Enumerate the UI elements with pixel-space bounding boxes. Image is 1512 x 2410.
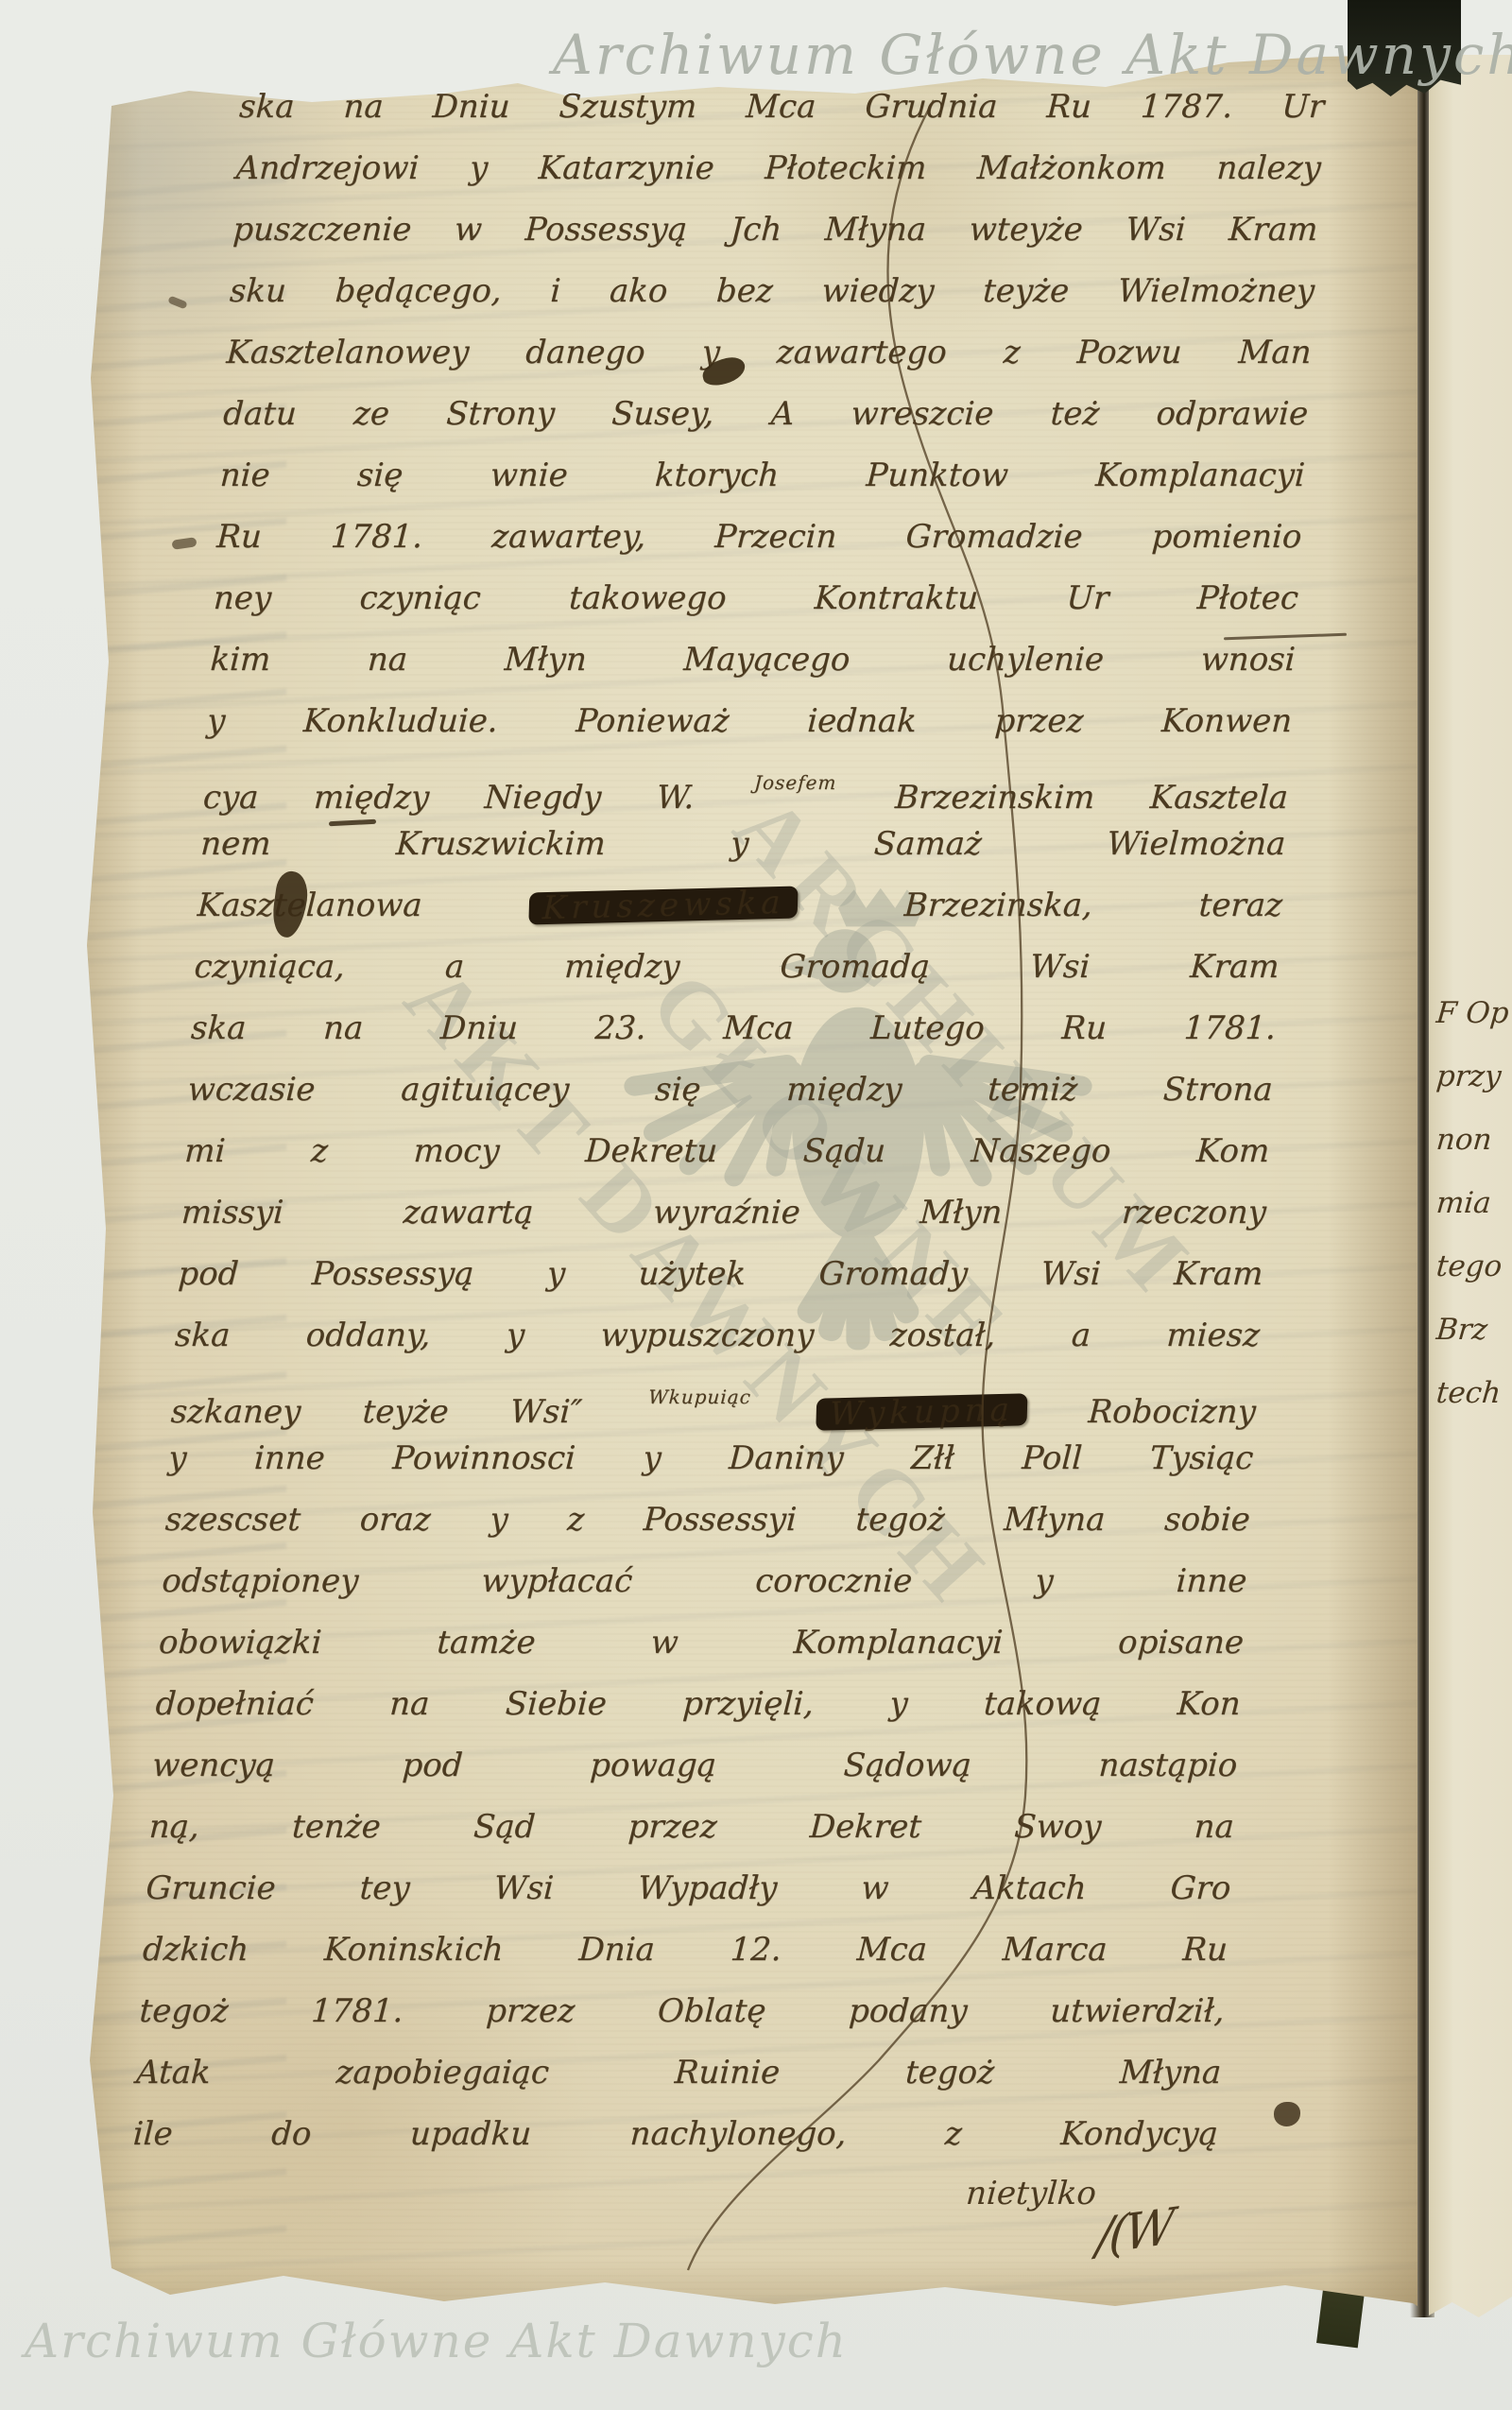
manuscript-text: Kasztelanowa — [197, 887, 423, 924]
manuscript-text: datu ze Strony Susey, A wreszcie też odp… — [222, 395, 1309, 433]
manuscript-text: wencyą pod powagą Sądową nastąpio — [151, 1747, 1238, 1784]
adjacent-page-sliver: F OpprzynonmiategoBrztech — [1429, 55, 1512, 2325]
manuscript-text: dzkich Koninskich Dnia 12. Mca Marca Ru — [142, 1931, 1228, 1969]
manuscript-line: wencyą pod powagą Sądową nastąpio — [151, 1735, 1239, 1797]
manuscript-line: Gruncie tey Wsi Wypadły w Aktach Gro — [145, 1858, 1232, 1919]
manuscript-lines: ska na Dniu Szustym Mca Grudnia Ru 1787.… — [131, 77, 1326, 2165]
manuscript-line: dopełniać na Siebie przyięli, y takową K… — [154, 1674, 1242, 1735]
manuscript-text: Brzezinskim Kasztela — [894, 779, 1289, 817]
manuscript-line: Kasztelanowey danego y zawartego z Pozwu… — [225, 322, 1313, 384]
manuscript-line: obowiązki tamże w Komplanacyi opisane — [157, 1612, 1245, 1674]
manuscript-line: odstąpioney wypłacać corocznie y inne — [161, 1551, 1248, 1612]
manuscript-text: ska na Dniu 23. Mca Lutego Ru 1781. — [190, 1009, 1277, 1047]
manuscript-line: ną, tenże Sąd przez Dekret Swoy na — [147, 1797, 1235, 1858]
manuscript-text: szkaney teyże Wsi″ — [170, 1393, 583, 1431]
manuscript-strike-word: Kruszewska — [528, 887, 799, 925]
manuscript-line: tegoż 1781. przez Oblatę podany utwierdz… — [138, 1981, 1226, 2042]
manuscript-text: nie się wnie ktorych Punktow Komplanacyi — [219, 456, 1306, 494]
manuscript-line: dzkich Koninskich Dnia 12. Mca Marca Ru — [141, 1919, 1228, 1981]
margin-fragment: Brz — [1435, 1312, 1510, 1348]
manuscript-text: pod Possessyą y użytek Gromady Wsi Kram — [177, 1255, 1263, 1293]
manuscript-line: nem Kruszwickim y Samaż Wielmożna — [199, 814, 1287, 875]
manuscript-line: cya między Niegdy W. Josefem Brzezinskim… — [202, 752, 1290, 814]
margin-fragment: non — [1435, 1122, 1510, 1158]
manuscript-line: szescset oraz y z Possessyi tegoż Młyna … — [163, 1489, 1251, 1551]
manuscript-text: Kasztelanowey danego y zawartego z Pozwu… — [226, 334, 1313, 371]
manuscript-line: y inne Powinnosci y Daniny Złł Poll Tysi… — [167, 1428, 1255, 1489]
manuscript-line: kim na Młyn Mayącego uchylenie wnosi — [209, 629, 1297, 691]
manuscript-line: y Konkluduie. Ponieważ iednak przez Konw… — [205, 691, 1293, 752]
manuscript-text: nem Kruszwickim y Samaż Wielmożna — [199, 825, 1286, 863]
manuscript-text: odstąpioney wypłacać corocznie y inne — [161, 1562, 1247, 1600]
manuscript-text: Brzezinska, teraz — [903, 887, 1283, 924]
manuscript-text: cya między Niegdy W. — [202, 779, 696, 817]
manuscript-text: sku będącego, i ako bez wiedzy teyże Wie… — [229, 272, 1315, 310]
manuscript-line: ney czyniąc takowego Kontraktu Ur Płotec — [212, 568, 1299, 629]
manuscript-line: szkaney teyże Wsi″ Wkupuiąc Wykupną Robo… — [170, 1367, 1258, 1428]
manuscript-text: ska na Dniu Szustym — [238, 88, 697, 126]
manuscript-line: ile do upadku nachylonego, z Kondycyą — [131, 2104, 1219, 2165]
manuscript-sup-word: Josefem — [753, 771, 837, 794]
manuscript-strike-word: Wykupną — [816, 1393, 1027, 1430]
manuscript-text: obowiązki tamże w Komplanacyi opisane — [158, 1624, 1245, 1661]
manuscript-line: sku będącego, i ako bez wiedzy teyże Wie… — [228, 261, 1315, 322]
margin-fragment: tego — [1435, 1248, 1510, 1284]
manuscript-line: Kasztelanowa Kruszewska Brzezinska, tera… — [196, 875, 1283, 937]
manuscript-line: ska oddany, y wypuszczony został, a mies… — [173, 1305, 1261, 1367]
manuscript-text: tegoż 1781. przez Oblatę podany utwierdz… — [139, 1992, 1226, 2030]
margin-fragment: mia — [1435, 1185, 1510, 1221]
manuscript-text: kim na Młyn Mayącego uchylenie wnosi — [210, 641, 1297, 679]
manuscript-line: Ru 1781. zawartey, Przecin Gromadzie pom… — [215, 507, 1303, 568]
archive-scan: F OpprzynonmiategoBrztech ARCHIWUM GŁÓWN… — [0, 0, 1512, 2410]
manuscript-line: missyi zawartą wyraźnie Młyn rzeczony — [180, 1182, 1267, 1244]
manuscript-line: ska na Dniu 23. Mca Lutego Ru 1781. — [189, 998, 1277, 1059]
manuscript-text: Ru 1781. zawartey, Przecin Gromadzie pom… — [215, 518, 1302, 556]
manuscript-line: ska na Dniu Szustym Mca Grudnia Ru 1787.… — [238, 77, 1326, 138]
margin-fragment: F Op — [1435, 995, 1510, 1031]
manuscript-text: dopełniać na Siebie przyięli, y takową K… — [155, 1685, 1242, 1723]
signature-flourish: /(W — [1094, 2198, 1173, 2266]
manuscript-line: datu ze Strony Susey, A wreszcie też odp… — [221, 384, 1309, 445]
manuscript-text: y inne Powinnosci y Daniny Złł Poll Tysi… — [167, 1439, 1254, 1477]
margin-fragment: tech — [1435, 1375, 1510, 1411]
manuscript-text: czyniąca, a między Gromadą Wsi Kram — [193, 948, 1280, 986]
manuscript-line: puszczenie w Possessyą Jch Młyna wteyże … — [232, 199, 1319, 261]
manuscript-sup-word: Wkupuiąc — [648, 1386, 752, 1408]
manuscript-text: ną, tenże Sąd przez Dekret Swoy na — [148, 1808, 1235, 1846]
manuscript-text: Andrzejowi y Katarzynie Płoteckim Małżon… — [235, 149, 1322, 187]
manuscript-text: Mca Grudnia Ru 1787. Ur — [745, 88, 1325, 126]
manuscript-text: Gruncie tey Wsi Wypadły w Aktach Gro — [145, 1869, 1231, 1907]
manuscript-text: ney czyniąc takowego Kontraktu Ur Płotec — [213, 579, 1299, 617]
margin-fragments: F OpprzynonmiategoBrztech — [1436, 995, 1509, 1411]
manuscript-line: wczasie agituiącey się między temiż Stro… — [186, 1059, 1274, 1121]
manuscript-text: wczasie agituiącey się między temiż Stro… — [187, 1071, 1274, 1109]
manuscript-text: ile do upadku nachylonego, z Kondycyą — [132, 2115, 1219, 2153]
manuscript-line: czyniąca, a między Gromadą Wsi Kram — [193, 937, 1280, 998]
manuscript-line: Atak zapobiegaiąc Ruinie tegoż Młyna — [134, 2042, 1222, 2104]
manuscript-text: szescset oraz y z Possessyi tegoż Młyna … — [164, 1501, 1251, 1539]
margin-fragment: przy — [1435, 1059, 1510, 1094]
manuscript-text: missyi zawartą wyraźnie Młyn rzeczony — [180, 1194, 1267, 1231]
manuscript-text: Robocizny — [1088, 1393, 1257, 1431]
archive-watermark-bottom: Archiwum Główne Akt Dawnych — [25, 2314, 848, 2368]
manuscript-text: puszczenie w Possessyą Jch Młyna wteyże … — [232, 211, 1318, 249]
manuscript-text: ska oddany, y wypuszczony został, a mies… — [174, 1317, 1261, 1354]
manuscript-line: mi z mocy Dekretu Sądu Naszego Kom — [183, 1121, 1271, 1182]
manuscript-line: Andrzejowi y Katarzynie Płoteckim Małżon… — [234, 138, 1322, 199]
manuscript-line: nie się wnie ktorych Punktow Komplanacyi — [218, 445, 1306, 507]
manuscript-text: y Konkluduie. Ponieważ iednak przez Konw… — [206, 702, 1293, 740]
manuscript-line: pod Possessyą y użytek Gromady Wsi Kram — [177, 1244, 1264, 1305]
manuscript-text: mi z mocy Dekretu Sądu Naszego Kom — [183, 1132, 1270, 1170]
manuscript-text: Atak zapobiegaiąc Ruinie tegoż Młyna — [135, 2054, 1222, 2092]
